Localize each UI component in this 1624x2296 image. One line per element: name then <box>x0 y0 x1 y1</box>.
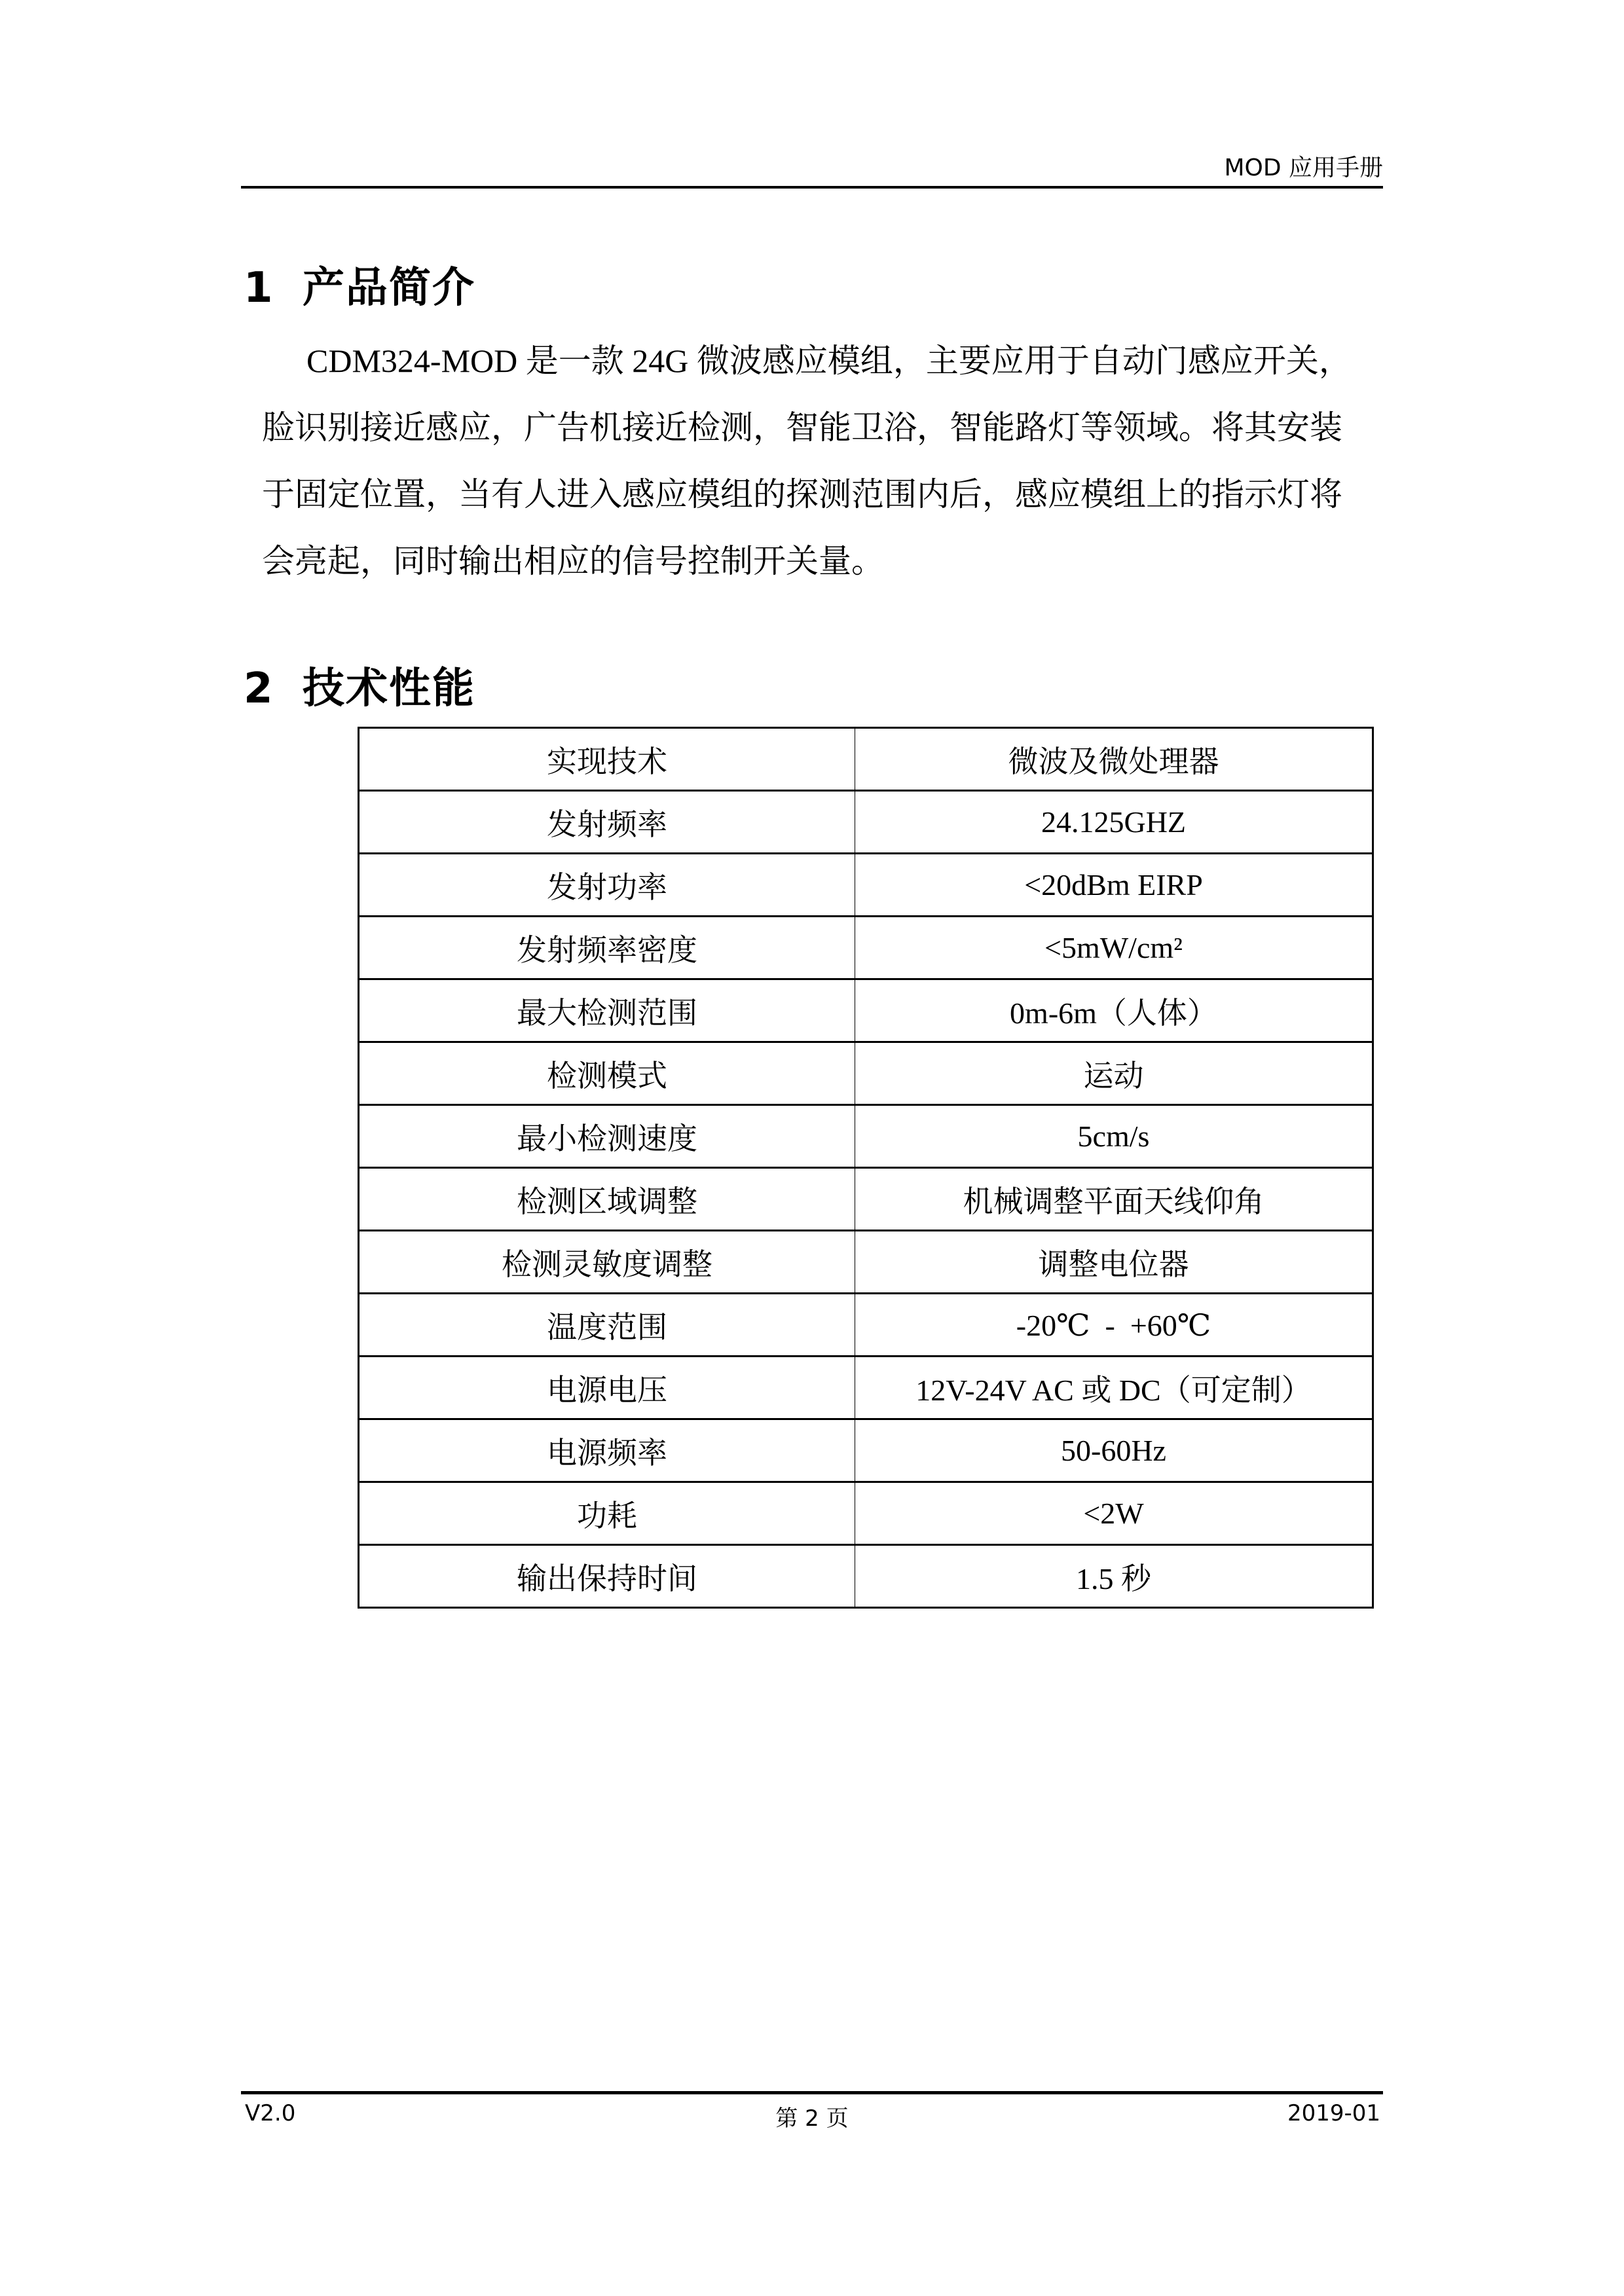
spec-value: <5mW/cm² <box>855 917 1373 979</box>
table-row: 电源频率50-60Hz <box>359 1419 1373 1482</box>
spec-value: 微波及微处理器 <box>855 728 1373 791</box>
spec-key: 最小检测速度 <box>359 1105 855 1168</box>
table-row: 发射功率<20dBm EIRP <box>359 854 1373 917</box>
spec-value: 1.5 秒 <box>855 1545 1373 1608</box>
table-row: 最大检测范围0m-6m（人体） <box>359 979 1373 1042</box>
spec-value: 24.125GHZ <box>855 791 1373 854</box>
header-title: MOD 应用手册 <box>1224 149 1383 183</box>
table-row: 发射频率24.125GHZ <box>359 791 1373 854</box>
spec-key: 电源频率 <box>359 1419 855 1482</box>
section-heading-tech-specs: 2技术性能 <box>244 655 475 715</box>
spec-value: 调整电位器 <box>855 1231 1373 1294</box>
spec-key: 检测灵敏度调整 <box>359 1231 855 1294</box>
spec-key: 功耗 <box>359 1482 855 1545</box>
spec-value: 机械调整平面天线仰角 <box>855 1168 1373 1231</box>
spec-key: 输出保持时间 <box>359 1545 855 1608</box>
table-row: 最小检测速度5cm/s <box>359 1105 1373 1168</box>
table-row: 检测灵敏度调整调整电位器 <box>359 1231 1373 1294</box>
table-row: 检测模式运动 <box>359 1042 1373 1105</box>
footer-date: 2019-01 <box>1287 2100 1380 2126</box>
table-row: 检测区域调整机械调整平面天线仰角 <box>359 1168 1373 1231</box>
spec-value: 0m-6m（人体） <box>855 979 1373 1042</box>
spec-table: 实现技术微波及微处理器 发射频率24.125GHZ 发射功率<20dBm EIR… <box>358 727 1374 1609</box>
footer-divider <box>241 2091 1383 2094</box>
spec-value: 运动 <box>855 1042 1373 1105</box>
section-number: 2 <box>244 665 303 713</box>
spec-key: 发射功率 <box>359 854 855 917</box>
section-heading-product-intro: 1产品简介 <box>244 254 475 314</box>
paragraph-line: 脸识别接近感应，广告机接近检测，智能卫浴，智能路灯等领域。将其安装 <box>262 394 1388 461</box>
product-intro-paragraph: CDM324-MOD 是一款 24G 微波感应模组，主要应用于自动门感应开关， … <box>262 327 1388 594</box>
spec-key: 检测模式 <box>359 1042 855 1105</box>
spec-key: 发射频率 <box>359 791 855 854</box>
table-row: 电源电压12V-24V AC 或 DC（可定制） <box>359 1357 1373 1419</box>
paragraph-line: CDM324-MOD 是一款 24G 微波感应模组，主要应用于自动门感应开关， <box>262 327 1388 394</box>
spec-value: 12V-24V AC 或 DC（可定制） <box>855 1357 1373 1419</box>
footer-page-number: 第 2 页 <box>0 2100 1624 2132</box>
spec-key: 发射频率密度 <box>359 917 855 979</box>
paragraph-line: 于固定位置，当有人进入感应模组的探测范围内后，感应模组上的指示灯将 <box>262 461 1388 528</box>
table-row: 发射频率密度<5mW/cm² <box>359 917 1373 979</box>
section-title: 技术性能 <box>303 665 475 713</box>
header-divider <box>241 186 1383 189</box>
spec-key: 温度范围 <box>359 1294 855 1357</box>
table-row: 温度范围-20℃ - +60℃ <box>359 1294 1373 1357</box>
spec-value: 5cm/s <box>855 1105 1373 1168</box>
paragraph-line: 会亮起，同时输出相应的信号控制开关量。 <box>262 528 1388 594</box>
spec-value: -20℃ - +60℃ <box>855 1294 1373 1357</box>
spec-value: <20dBm EIRP <box>855 854 1373 917</box>
spec-key: 最大检测范围 <box>359 979 855 1042</box>
spec-key: 检测区域调整 <box>359 1168 855 1231</box>
table-row: 功耗<2W <box>359 1482 1373 1545</box>
table-row: 实现技术微波及微处理器 <box>359 728 1373 791</box>
spec-value: <2W <box>855 1482 1373 1545</box>
spec-key: 实现技术 <box>359 728 855 791</box>
spec-key: 电源电压 <box>359 1357 855 1419</box>
spec-value: 50-60Hz <box>855 1419 1373 1482</box>
section-title: 产品简介 <box>303 264 475 312</box>
table-row: 输出保持时间1.5 秒 <box>359 1545 1373 1608</box>
section-number: 1 <box>244 264 303 312</box>
